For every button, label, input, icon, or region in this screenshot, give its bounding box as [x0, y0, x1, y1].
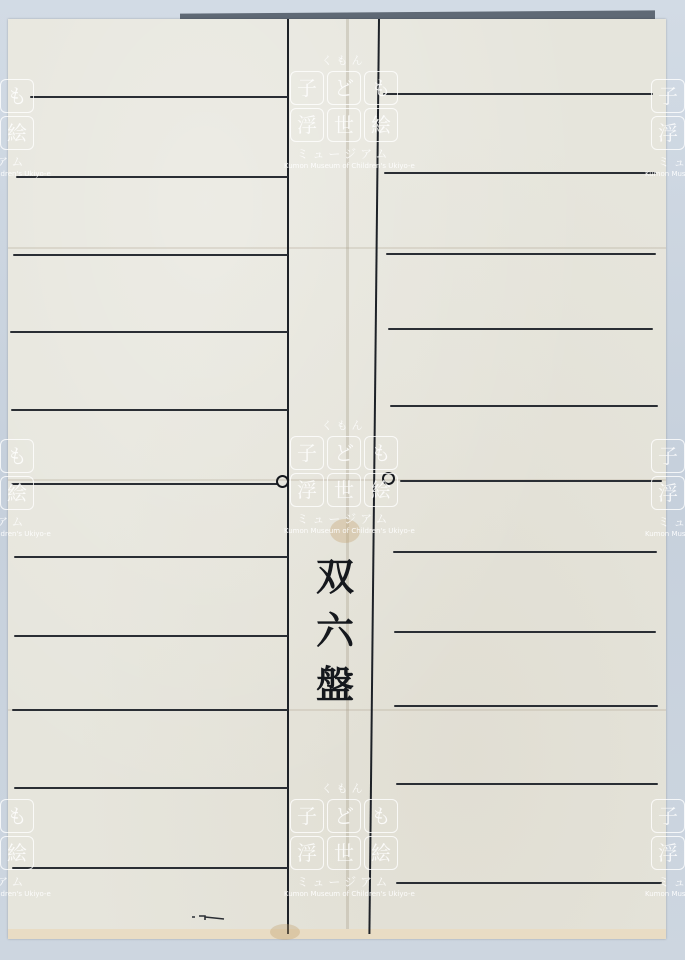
- board-title: 双 六 盤: [300, 555, 370, 707]
- right-row-line: [400, 480, 662, 482]
- left-row-line: [14, 635, 288, 637]
- left-row-line: [16, 176, 288, 178]
- stain: [330, 519, 360, 543]
- right-row-line: [390, 405, 658, 407]
- left-row-line: [14, 787, 288, 789]
- left-row-line: [13, 254, 288, 256]
- ink-scribble: [191, 914, 226, 922]
- right-ring-marker: [382, 472, 395, 485]
- right-column-line: [368, 19, 380, 934]
- sugoroku-board-paper: [8, 19, 666, 939]
- left-row-line: [14, 556, 288, 558]
- right-row-line: [394, 705, 658, 707]
- left-row-line: [12, 867, 288, 869]
- left-row-line: [11, 483, 278, 485]
- left-ring-marker: [276, 475, 289, 488]
- right-row-line: [383, 93, 653, 95]
- left-row-line: [30, 96, 288, 98]
- left-row-line: [11, 409, 288, 411]
- right-row-line: [386, 253, 656, 255]
- stain: [270, 924, 300, 940]
- fold-crease: [8, 247, 666, 249]
- left-row-line: [10, 331, 288, 333]
- right-row-line: [396, 882, 662, 884]
- title-char: 六: [316, 609, 354, 653]
- paper-bottom-edge: [8, 929, 666, 939]
- right-row-line: [393, 551, 657, 553]
- title-char: 盤: [316, 663, 354, 707]
- right-row-line: [388, 328, 653, 330]
- title-char: 双: [316, 555, 354, 599]
- right-row-line: [396, 783, 658, 785]
- left-row-line: [12, 709, 288, 711]
- right-row-line: [384, 172, 656, 174]
- right-row-line: [394, 631, 656, 633]
